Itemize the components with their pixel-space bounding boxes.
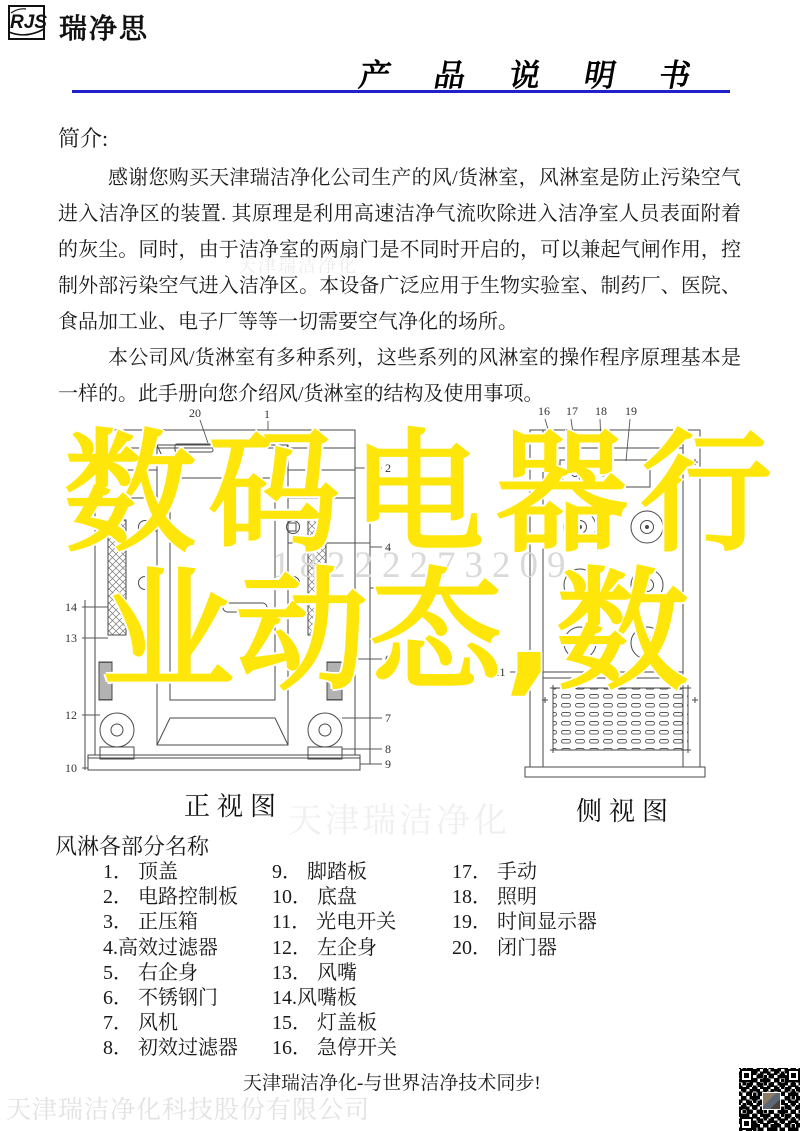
logo-rjs-mark: RJS	[8, 5, 45, 40]
watermark-company-name: 天津瑞洁净化科技股份有限公司	[6, 1090, 370, 1126]
qr-finder-icon	[740, 1069, 753, 1082]
watermark-big-line2: 业动态,数	[102, 566, 690, 698]
callout-label: 13	[65, 631, 77, 645]
parts-item: 2． 电路控制板	[103, 885, 238, 910]
parts-column-1: 1． 顶盖 2． 电路控制板 3． 正压箱 4.高效过滤器 5． 右企身 6． …	[103, 860, 238, 1062]
parts-item: 7． 风机	[103, 1011, 238, 1036]
logo-company-name: 瑞净思	[59, 7, 149, 47]
logo-swoosh-icon	[8, 5, 45, 40]
parts-item: 8． 初效过滤器	[103, 1036, 238, 1061]
parts-item: 14.风嘴板	[272, 986, 397, 1011]
parts-item: 18． 照明	[452, 885, 597, 910]
qr-finder-icon	[787, 1069, 800, 1082]
parts-item: 6． 不锈钢门	[103, 986, 238, 1011]
parts-column-2: 9． 脚踏板 10． 底盘 11． 光电开关 12． 左企身 13． 风嘴 14…	[272, 860, 397, 1062]
parts-item: 17． 手动	[452, 860, 597, 885]
qr-center-logo	[762, 1092, 781, 1110]
callout-label: 8	[385, 742, 391, 756]
parts-item: 20． 闭门器	[452, 936, 597, 961]
front-view-caption: 正视图	[184, 786, 283, 823]
parts-list-heading: 风淋各部分名称	[55, 830, 209, 861]
intro-paragraph-2: 本公司风/货淋室有多种系列，这些系列的风淋室的操作程序原理基本是一样的。此手册向…	[58, 340, 741, 412]
parts-item: 9． 脚踏板	[272, 860, 397, 885]
callout-label: 7	[385, 711, 391, 725]
callout-label: 10	[65, 761, 77, 775]
side-view-caption: 侧视图	[576, 791, 675, 828]
parts-item: 3． 正压箱	[103, 910, 238, 935]
intro-body: 感谢您购买天津瑞洁净化公司生产的风/货淋室，风淋室是防止污染空气进入洁净区的装置…	[58, 160, 741, 412]
parts-item: 11． 光电开关	[272, 910, 397, 935]
callout-label: 14	[65, 600, 77, 614]
callout-label: 9	[385, 757, 391, 771]
qr-finder-icon	[740, 1117, 753, 1130]
parts-item: 5． 右企身	[103, 961, 238, 986]
parts-item: 13． 风嘴	[272, 961, 397, 986]
parts-item: 16． 急停开关	[272, 1036, 397, 1061]
intro-heading: 简介:	[58, 122, 108, 153]
page-title: 产品说明书	[356, 50, 739, 95]
parts-item: 19． 时间显示器	[452, 910, 597, 935]
parts-item: 15． 灯盖板	[272, 1011, 397, 1036]
title-underline	[72, 90, 730, 93]
product-manual-page: RJS 瑞净思 产品说明书 简介: 感谢您购买天津瑞洁净化公司生产的风/货淋室，…	[0, 0, 800, 1131]
parts-item: 12． 左企身	[272, 936, 397, 961]
parts-item: 1． 顶盖	[103, 860, 238, 885]
qr-code	[739, 1068, 800, 1131]
parts-column-3: 17． 手动 18． 照明 19． 时间显示器 20． 闭门器	[452, 860, 597, 961]
parts-item: 4.高效过滤器	[103, 936, 238, 961]
parts-item: 10． 底盘	[272, 885, 397, 910]
watermark-big-line1: 数码电器行	[64, 428, 784, 560]
intro-paragraph-1: 感谢您购买天津瑞洁净化公司生产的风/货淋室，风淋室是防止污染空气进入洁净区的装置…	[58, 160, 741, 340]
company-logo: RJS 瑞净思	[8, 5, 149, 47]
callout-label: 12	[65, 708, 77, 722]
footer-slogan: 天津瑞洁净化-与世界洁净技术同步!	[243, 1068, 541, 1095]
watermark-brand-mid: 天津瑞洁净化	[288, 793, 510, 842]
